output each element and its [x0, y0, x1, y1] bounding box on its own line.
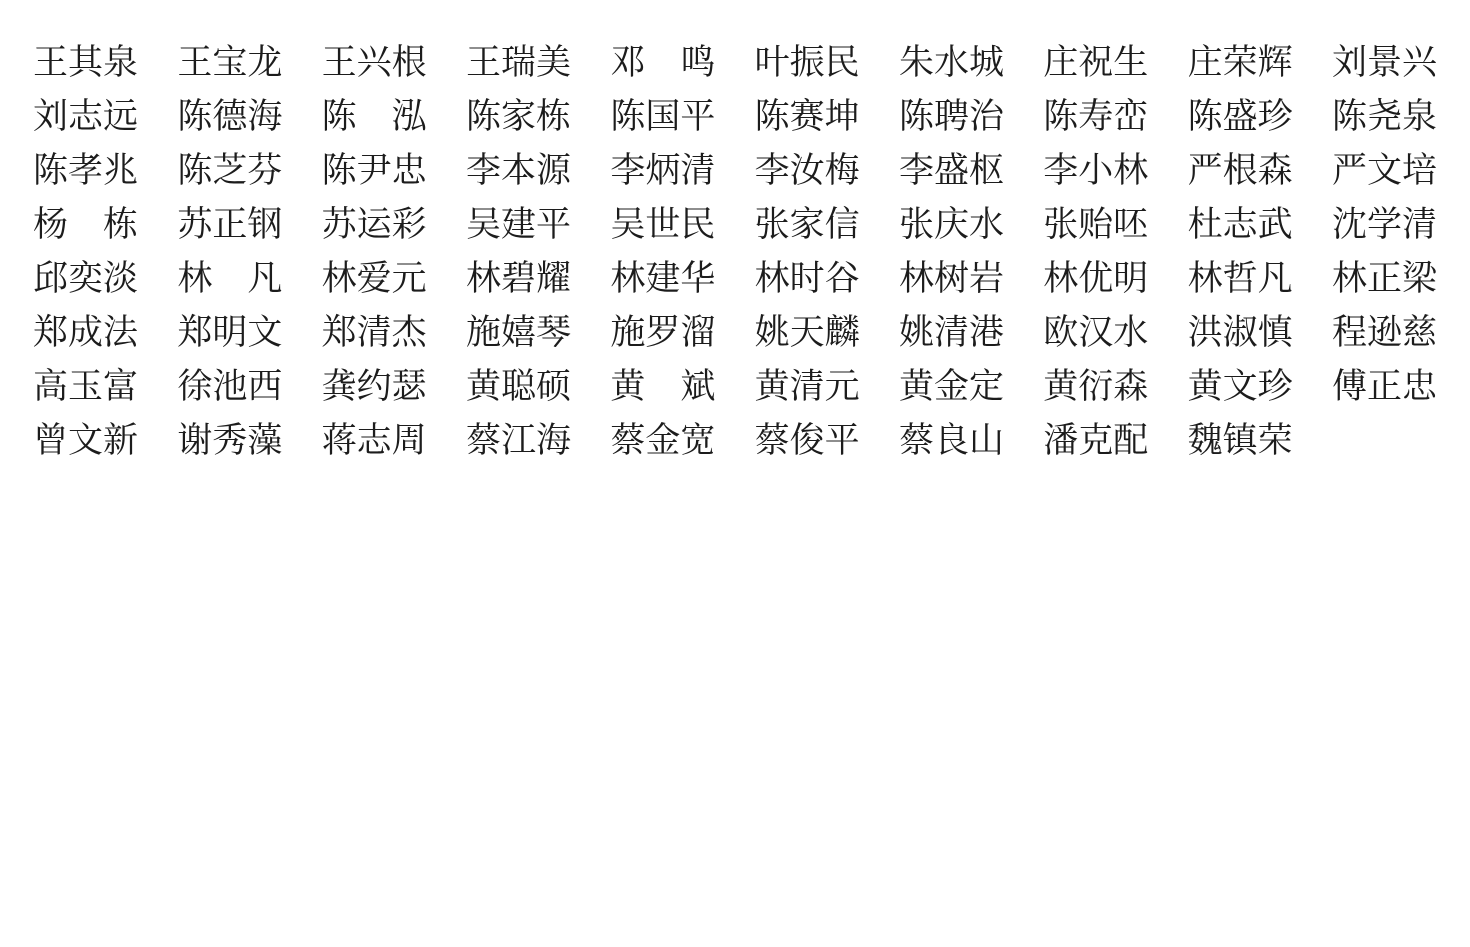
person-name: 陈芝芬: [177, 144, 282, 198]
person-name: 黄清元: [755, 360, 860, 414]
person-name: 黄聪硕: [466, 360, 571, 414]
person-name: 林树岩: [899, 252, 1004, 306]
person-name: 杨 栋: [33, 198, 138, 252]
person-name: 林碧耀: [466, 252, 571, 306]
person-name: 李小林: [1043, 144, 1148, 198]
name-row: 刘志远 陈德海 陈 泓 陈家栋 陈国平 陈赛坤 陈聘治 陈寿峦 陈盛珍 陈尧泉: [33, 90, 1437, 144]
person-name: 施罗溜: [610, 306, 715, 360]
person-name: 陈寿峦: [1043, 90, 1148, 144]
person-name: 龚约瑟: [322, 360, 427, 414]
person-name: 姚清港: [899, 306, 1004, 360]
person-name: 郑清杰: [322, 306, 427, 360]
person-name: 庄祝生: [1043, 36, 1148, 90]
person-name: 林哲凡: [1188, 252, 1293, 306]
person-name: 李盛枢: [899, 144, 1004, 198]
person-name: 朱水城: [899, 36, 1004, 90]
person-name: 陈尹忠: [322, 144, 427, 198]
person-name: 李本源: [466, 144, 571, 198]
name-row: 陈孝兆 陈芝芬 陈尹忠 李本源 李炳清 李汝梅 李盛枢 李小林 严根森 严文培: [33, 144, 1437, 198]
person-name: 林正梁: [1332, 252, 1437, 306]
person-name: 蔡金宽: [610, 414, 715, 468]
person-name: 黄金定: [899, 360, 1004, 414]
person-name: 苏正钢: [177, 198, 282, 252]
person-name: 杜志武: [1188, 198, 1293, 252]
person-name: 李炳清: [610, 144, 715, 198]
name-row: 郑成法 郑明文 郑清杰 施嬉琴 施罗溜 姚天麟 姚清港 欧汉水 洪淑慎 程逊慈: [33, 306, 1437, 360]
person-name: 林 凡: [177, 252, 282, 306]
person-name: 庄荣辉: [1188, 36, 1293, 90]
person-name: 魏镇荣: [1188, 414, 1293, 468]
person-name: 李汝梅: [755, 144, 860, 198]
person-name: 陈尧泉: [1332, 90, 1437, 144]
person-name: 傅正忠: [1332, 360, 1437, 414]
person-name: 吴世民: [610, 198, 715, 252]
person-name: 林优明: [1043, 252, 1148, 306]
person-name: 张家信: [755, 198, 860, 252]
name-row: 邱奕淡 林 凡 林爱元 林碧耀 林建华 林时谷 林树岩 林优明 林哲凡 林正梁: [33, 252, 1437, 306]
name-row: 高玉富 徐池西 龚约瑟 黄聪硕 黄 斌 黄清元 黄金定 黄衍森 黄文珍 傅正忠: [33, 360, 1437, 414]
person-name: 严根森: [1188, 144, 1293, 198]
person-name: 沈学清: [1332, 198, 1437, 252]
person-name: 张贻呸: [1043, 198, 1148, 252]
person-name: 高玉富: [33, 360, 138, 414]
person-name: 陈聘治: [899, 90, 1004, 144]
person-name: 王其泉: [33, 36, 138, 90]
person-name: 林时谷: [755, 252, 860, 306]
person-name: 张庆水: [899, 198, 1004, 252]
person-name: 蒋志周: [322, 414, 427, 468]
person-name: 陈德海: [177, 90, 282, 144]
person-name: 欧汉水: [1043, 306, 1148, 360]
person-name: 王兴根: [322, 36, 427, 90]
name-row: 杨 栋 苏正钢 苏运彩 吴建平 吴世民 张家信 张庆水 张贻呸 杜志武 沈学清: [33, 198, 1437, 252]
person-name: 林爱元: [322, 252, 427, 306]
person-name: 黄 斌: [610, 360, 715, 414]
person-name: 陈国平: [610, 90, 715, 144]
person-name: 潘克配: [1043, 414, 1148, 468]
person-name: 蔡良山: [899, 414, 1004, 468]
person-name: 陈 泓: [322, 90, 427, 144]
person-name: 蔡江海: [466, 414, 571, 468]
person-name: 黄文珍: [1188, 360, 1293, 414]
name-row: 王其泉 王宝龙 王兴根 王瑞美 邓 鸣 叶振民 朱水城 庄祝生 庄荣辉 刘景兴: [33, 36, 1437, 90]
person-name: 苏运彩: [322, 198, 427, 252]
name-list-page: 王其泉 王宝龙 王兴根 王瑞美 邓 鸣 叶振民 朱水城 庄祝生 庄荣辉 刘景兴 …: [0, 0, 1470, 947]
person-name: 严文培: [1332, 144, 1437, 198]
person-name: 曾文新: [33, 414, 138, 468]
person-name: 王宝龙: [177, 36, 282, 90]
person-name: 洪淑慎: [1188, 306, 1293, 360]
person-name: 黄衍森: [1043, 360, 1148, 414]
person-name: 邓 鸣: [610, 36, 715, 90]
person-name: 王瑞美: [466, 36, 571, 90]
person-name: 刘景兴: [1332, 36, 1437, 90]
person-name: 陈家栋: [466, 90, 571, 144]
person-name: 陈盛珍: [1188, 90, 1293, 144]
person-name: 蔡俊平: [755, 414, 860, 468]
person-name: 郑成法: [33, 306, 138, 360]
name-row: 曾文新 谢秀藻 蒋志周 蔡江海 蔡金宽 蔡俊平 蔡良山 潘克配 魏镇荣: [33, 414, 1437, 468]
person-name: 谢秀藻: [177, 414, 282, 468]
person-name: 陈孝兆: [33, 144, 138, 198]
person-name: 程逊慈: [1332, 306, 1437, 360]
person-name: 邱奕淡: [33, 252, 138, 306]
person-name: 叶振民: [755, 36, 860, 90]
person-name: 陈赛坤: [755, 90, 860, 144]
person-name: 吴建平: [466, 198, 571, 252]
person-name: 刘志远: [33, 90, 138, 144]
person-name: 姚天麟: [755, 306, 860, 360]
person-name: 郑明文: [177, 306, 282, 360]
person-name: 施嬉琴: [466, 306, 571, 360]
person-name: 林建华: [610, 252, 715, 306]
person-name: 徐池西: [177, 360, 282, 414]
